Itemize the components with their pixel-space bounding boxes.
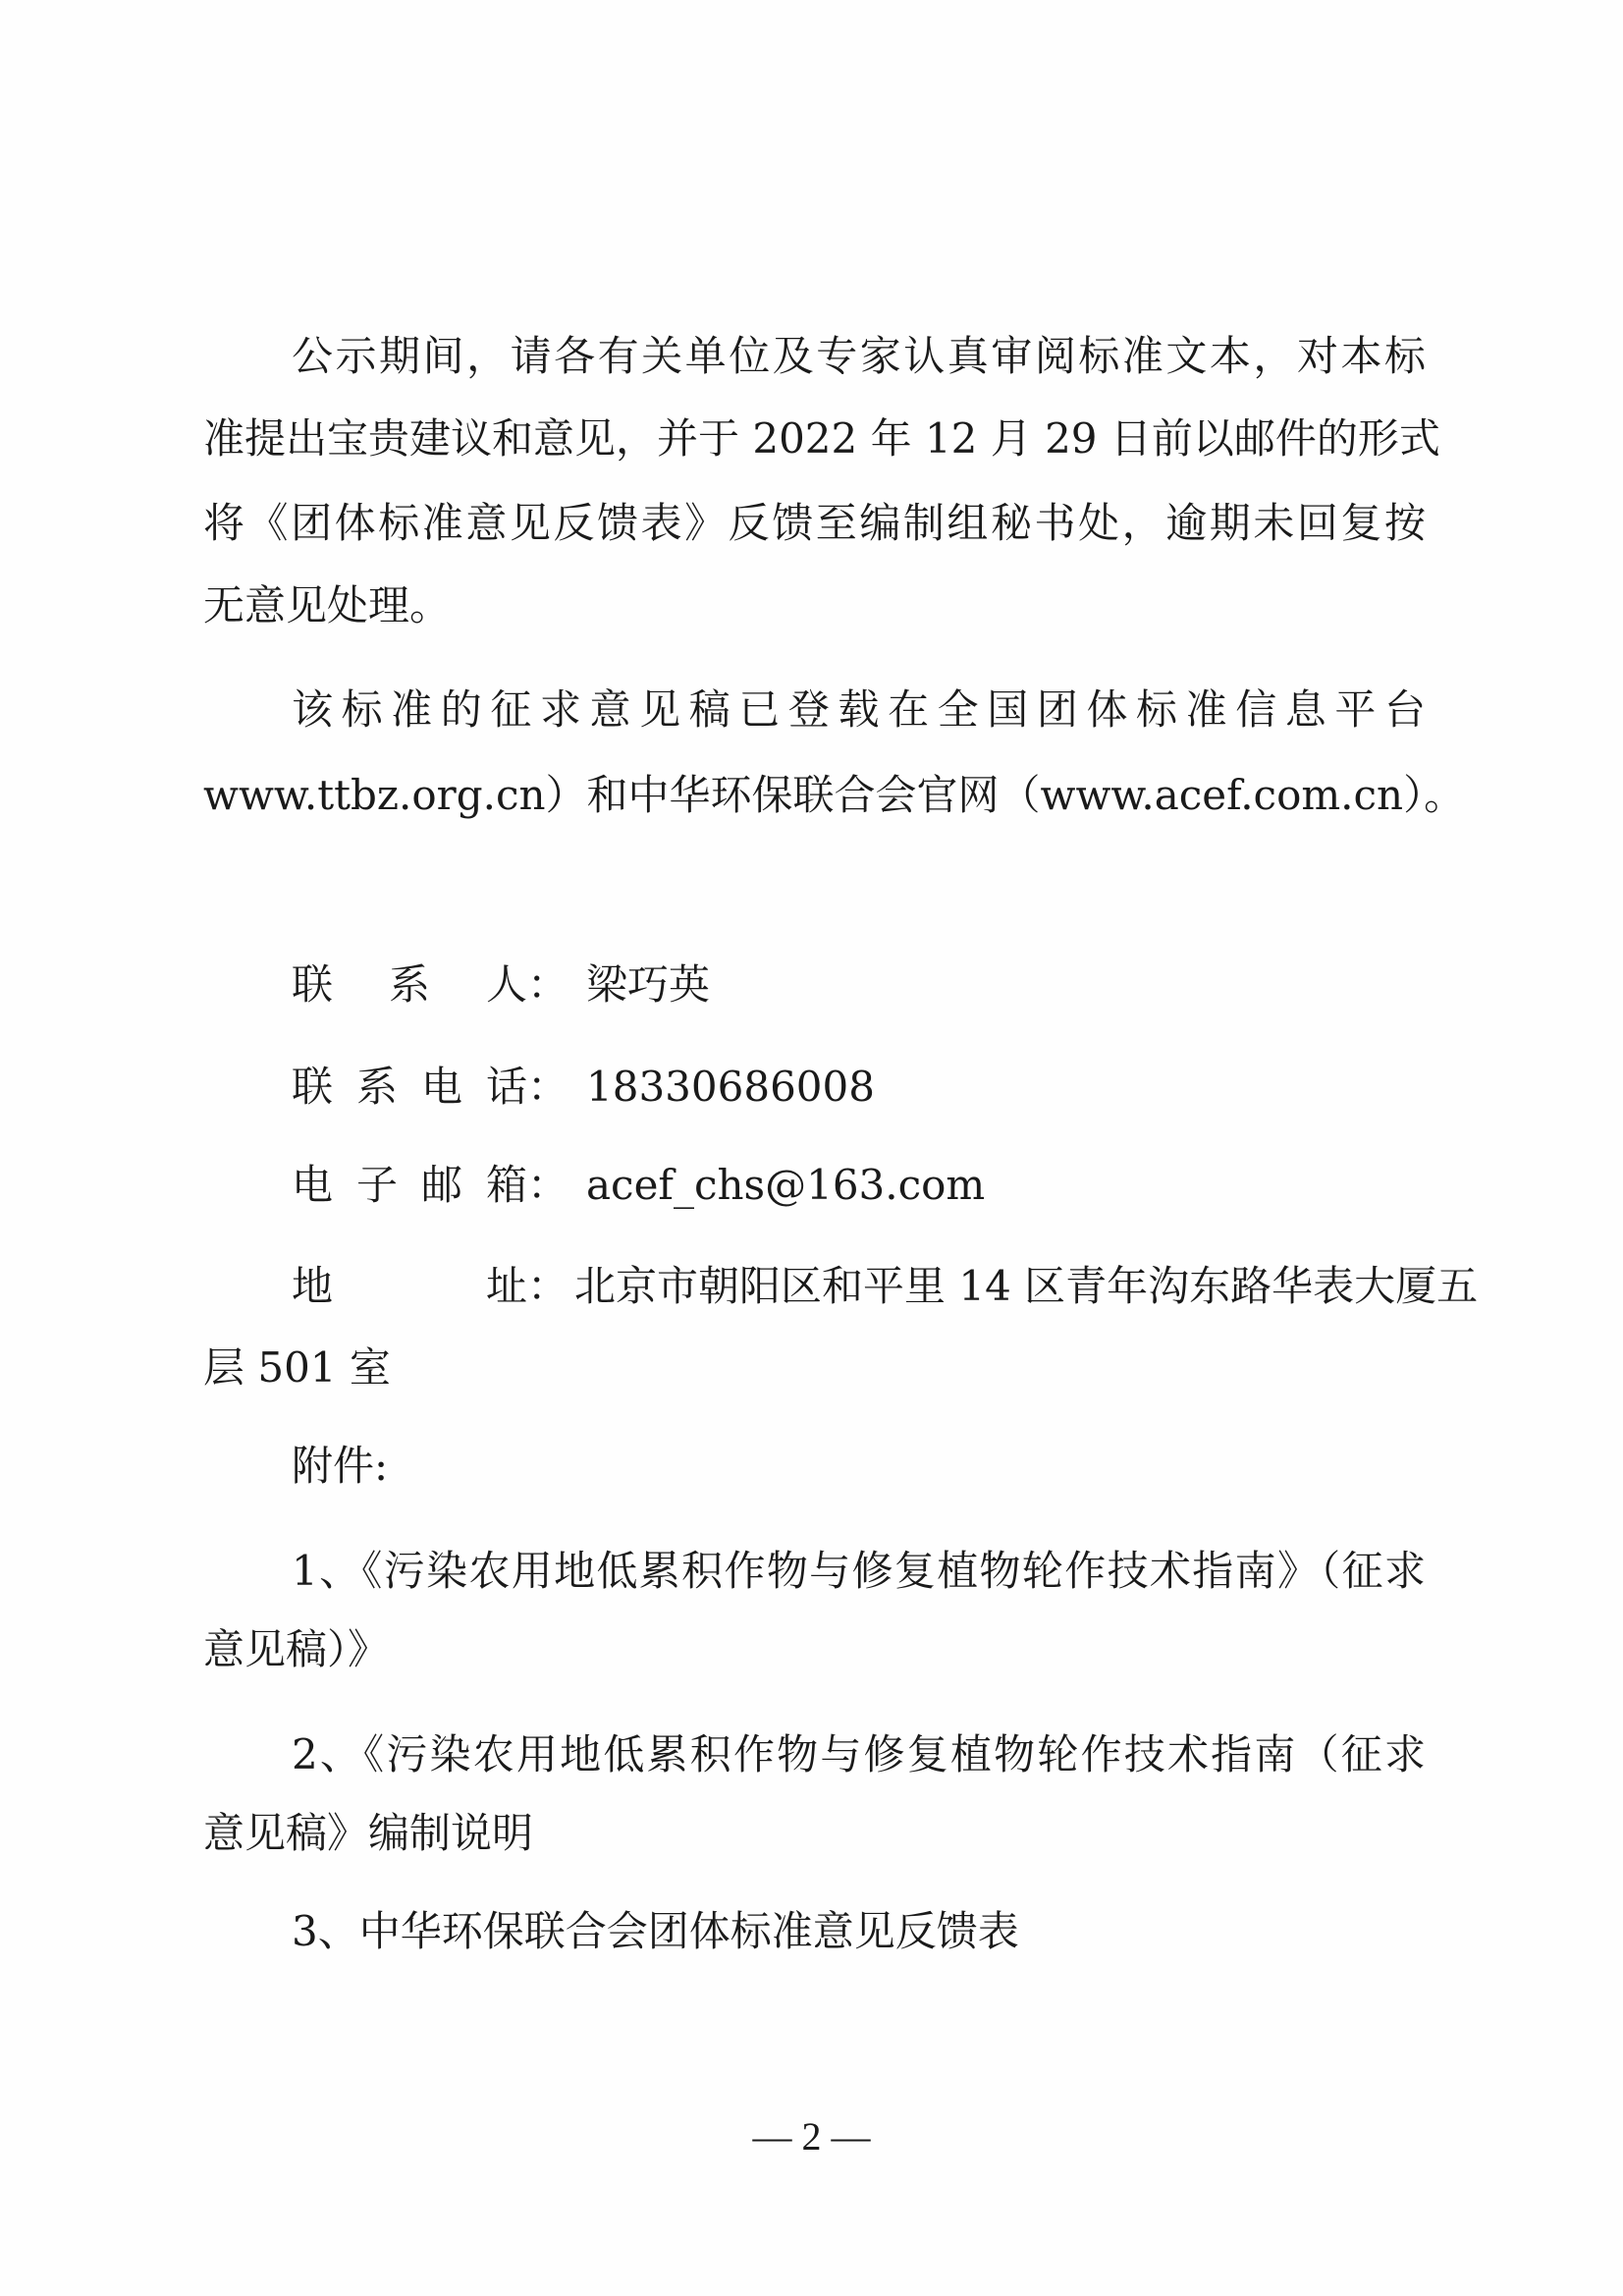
attachment-2-line-2: 意见稿》编制说明: [203, 1804, 1426, 1863]
contact-address-row: 地 址：北京市朝阳区和平里 14 区青年沟东路华表大厦五: [292, 1257, 1426, 1316]
page-number: — 2 —: [0, 2109, 1623, 2164]
contact-person-row: 联 系 人：梁巧英: [292, 956, 1426, 1014]
paragraph-2-line-1: 该标准的征求意见稿已登载在全国团体标准信息平台: [292, 681, 1426, 739]
contact-email-value: acef_chs@163.com: [586, 1156, 985, 1215]
colon: ：: [527, 956, 568, 1014]
contact-phone-label: 联系电话: [292, 1058, 527, 1117]
attachment-1-line-1: 1、《污染农用地低累积作物与修复植物轮作技术指南》（征求: [292, 1542, 1426, 1601]
paragraph-1-line-2: 准提出宝贵建议和意见，并于 2022 年 12 月 29 日前以邮件的形式: [203, 410, 1426, 468]
paragraph-1-line-4: 无意见处理。: [203, 576, 1426, 635]
attachment-1-line-2: 意见稿）》: [203, 1620, 1426, 1679]
attachment-2-line-1: 2、《污染农用地低累积作物与修复植物轮作技术指南（征求: [292, 1725, 1426, 1784]
colon: ：: [527, 1257, 568, 1316]
contact-address-value-line-2: 层 501 室: [203, 1339, 1426, 1397]
contact-email-row: 电子邮箱：acef_chs@163.com: [292, 1156, 1426, 1215]
colon: ：: [527, 1058, 568, 1117]
colon: ：: [527, 1156, 568, 1215]
contact-phone-row: 联系电话：18330686008: [292, 1058, 1426, 1117]
document-page: 公示期间，请各有关单位及专家认真审阅标准文本，对本标 准提出宝贵建议和意见，并于…: [0, 0, 1623, 2296]
attachments-heading: 附件:: [292, 1437, 1426, 1496]
paragraph-1-line-1: 公示期间，请各有关单位及专家认真审阅标准文本，对本标: [292, 327, 1426, 386]
contact-phone-value: 18330686008: [586, 1058, 875, 1117]
contact-person-value: 梁巧英: [586, 956, 710, 1014]
paragraph-1-line-3: 将《团体标准意见反馈表》反馈至编制组秘书处，逾期未回复按: [203, 494, 1426, 553]
contact-address-value-line-1: 北京市朝阳区和平里 14 区青年沟东路华表大厦五: [574, 1257, 1468, 1316]
contact-email-label: 电子邮箱: [292, 1156, 527, 1215]
attachment-3-line-1: 3、中华环保联合会团体标准意见反馈表: [292, 1902, 1426, 1961]
contact-address-label: 地 址: [292, 1257, 527, 1316]
paragraph-2-line-2: www.ttbz.org.cn）和中华环保联合会官网（www.acef.com.…: [203, 766, 1426, 825]
contact-person-label: 联 系 人: [292, 956, 527, 1014]
